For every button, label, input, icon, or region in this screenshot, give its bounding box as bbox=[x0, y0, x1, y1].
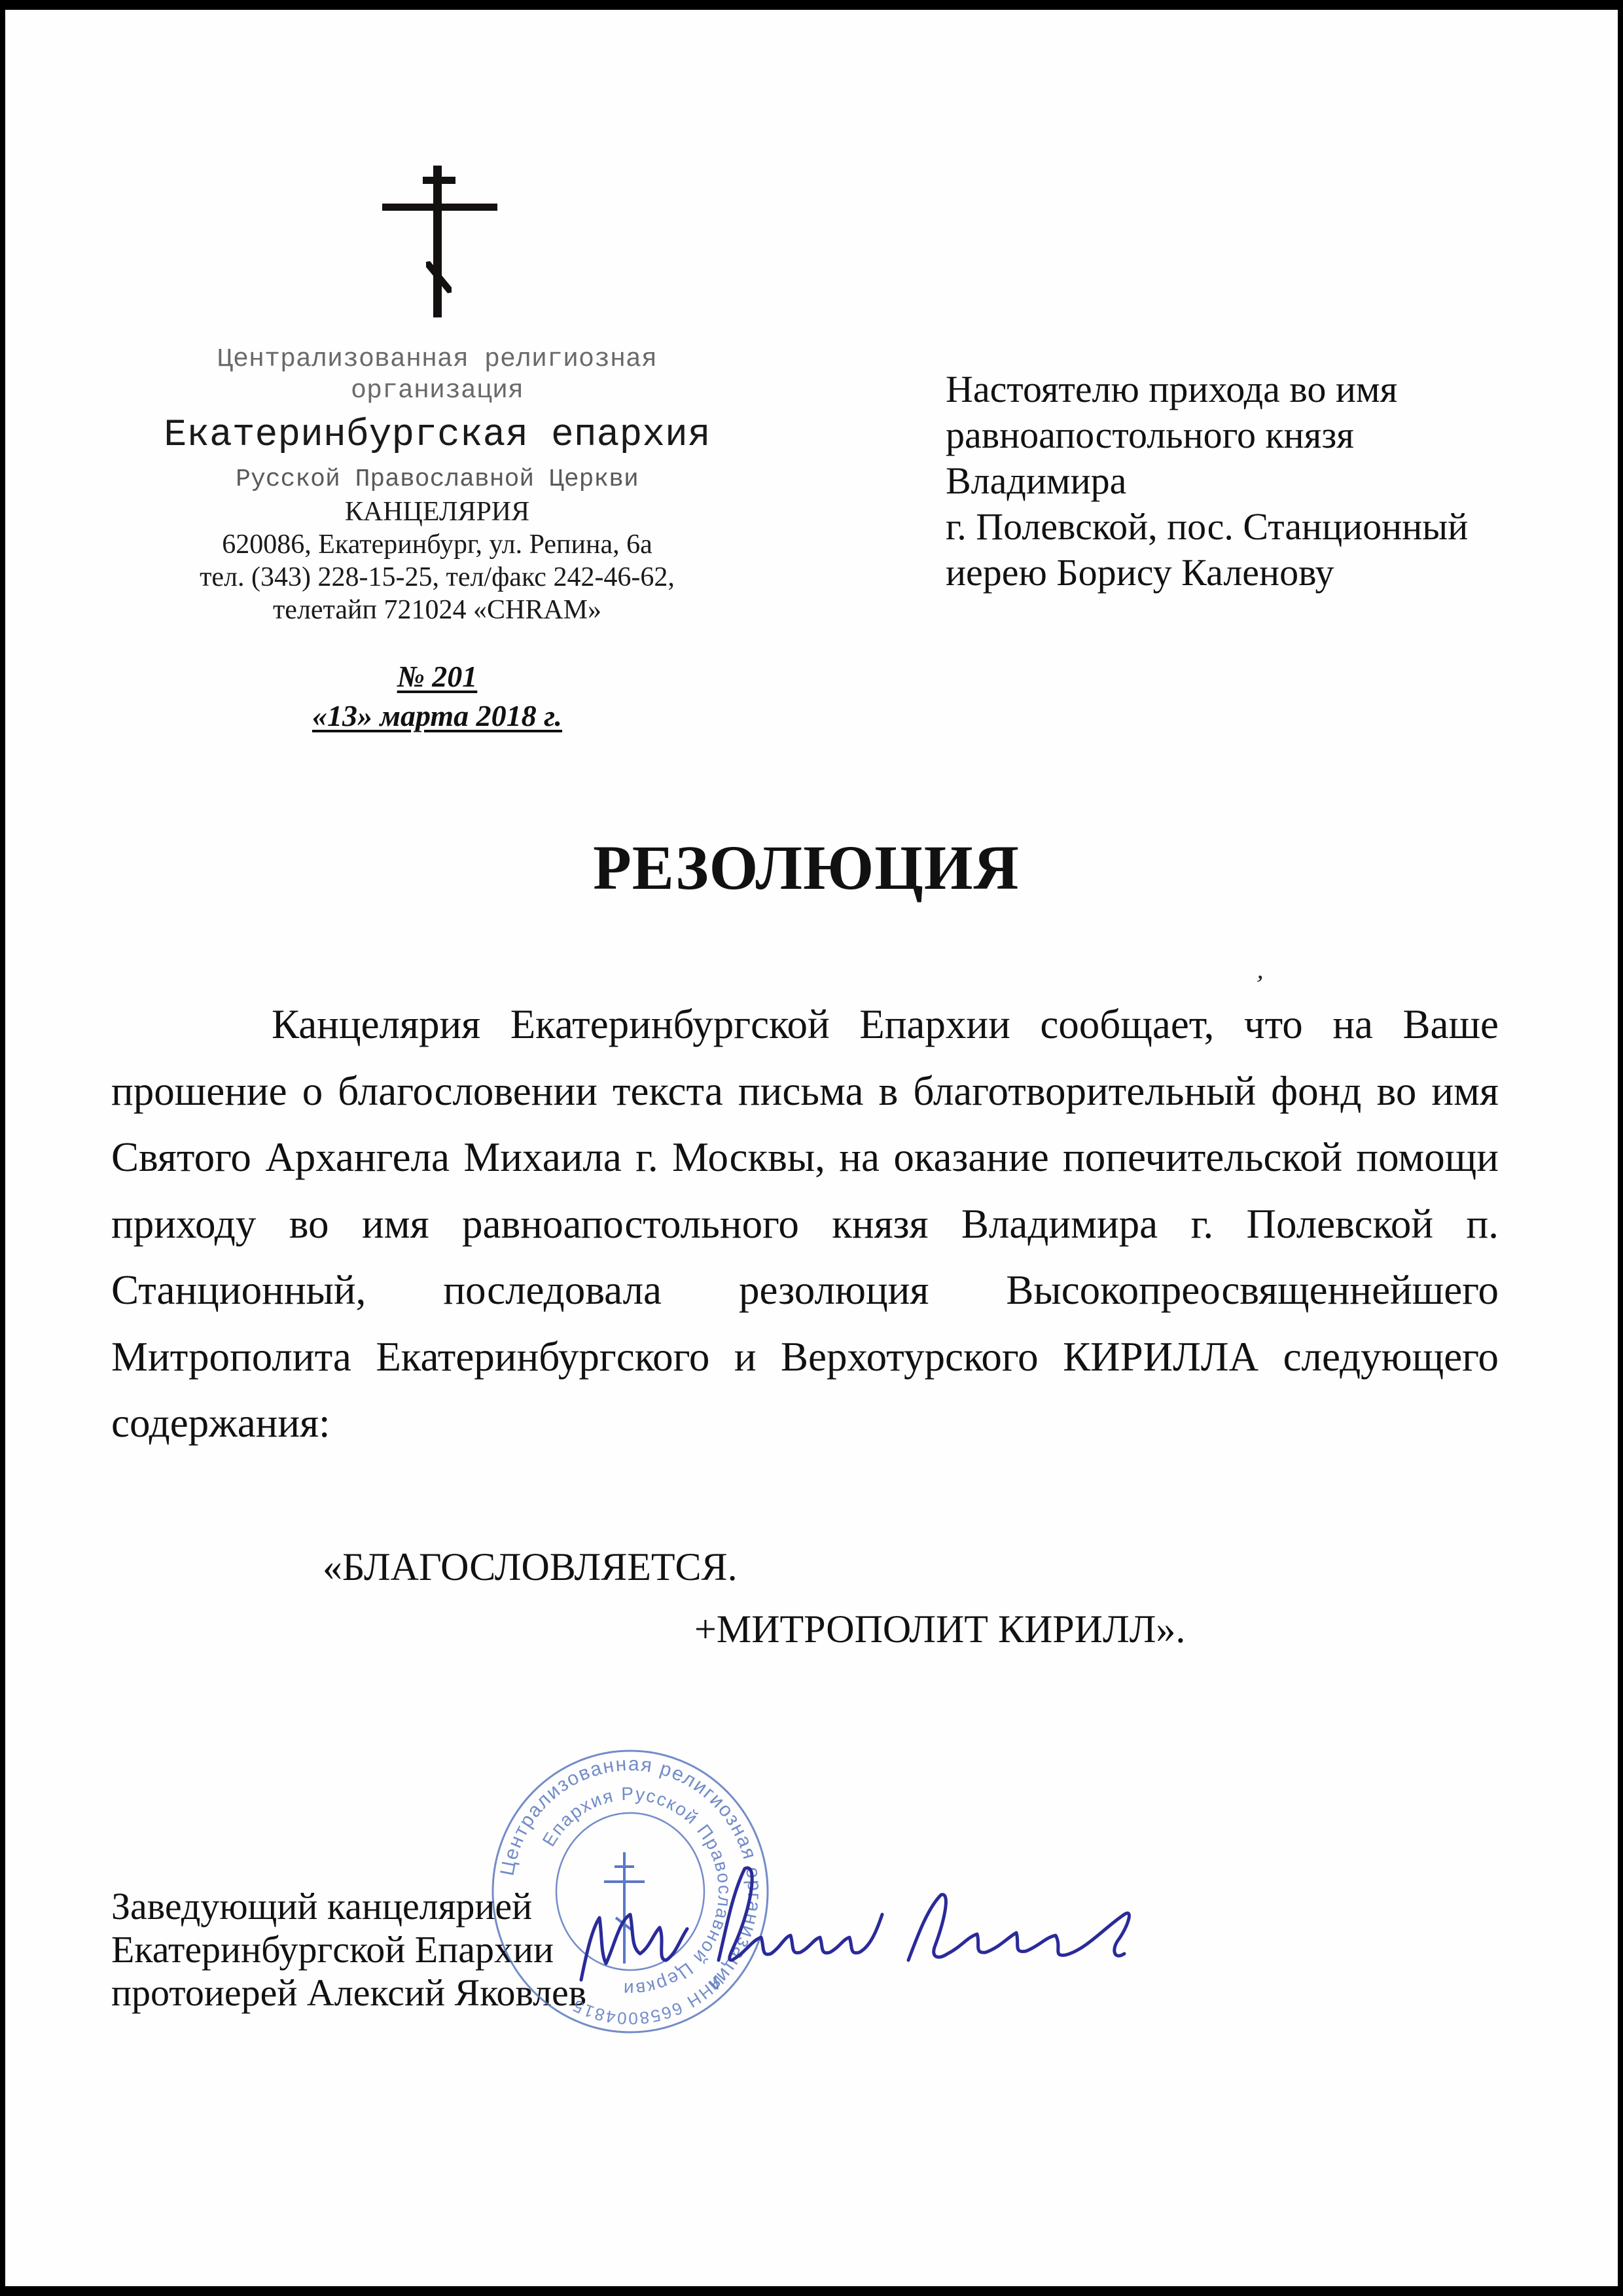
letterhead-address: 620086, Екатеринбург, ул. Репина, 6а bbox=[103, 529, 771, 560]
body-paragraph: Канцелярия Екатеринбургской Епархии сооб… bbox=[111, 992, 1499, 1457]
letterhead-office: КАНЦЕЛЯРИЯ bbox=[103, 496, 771, 528]
addressee-line: г. Полевской, пос. Станционный bbox=[946, 504, 1468, 550]
letterhead-org-line2: организация bbox=[103, 376, 771, 406]
document-number: № 201 bbox=[103, 659, 771, 694]
letterhead-teletype: телетайп 721024 «CHRAM» bbox=[103, 594, 771, 626]
orthodox-cross-icon bbox=[372, 154, 503, 324]
addressee-line: равноапостольного князя bbox=[946, 412, 1468, 458]
document-date: «13» марта 2018 г. bbox=[103, 698, 771, 733]
document-page: Централизованная религиозная организация… bbox=[5, 10, 1618, 2286]
letterhead-phones: тел. (343) 228-15-25, тел/факс 242-46-62… bbox=[103, 562, 771, 593]
document-title-text: РЕЗОЛЮЦИЯ bbox=[593, 831, 1020, 904]
addressee-line: иерею Борису Каленову bbox=[946, 550, 1468, 596]
addressee-block: Настоятелю прихода во имя равноапостольн… bbox=[946, 367, 1468, 596]
addressee-line: Настоятелю прихода во имя bbox=[946, 367, 1468, 412]
resolution-quote-line1: «БЛАГОСЛОВЛЯЕТСЯ. bbox=[323, 1545, 738, 1590]
resolution-quote-line2: +МИТРОПОЛИТ КИРИЛЛ». bbox=[694, 1607, 1185, 1652]
letterhead-church: Русской Православной Церкви bbox=[103, 465, 771, 493]
document-title: РЕЗОЛЮЦИЯ bbox=[5, 831, 1618, 904]
handwritten-signature: прот. Алексий Яковлев bbox=[542, 1856, 1249, 1986]
letterhead-diocese: Екатеринбургская епархия bbox=[103, 414, 771, 457]
addressee-line: Владимира bbox=[946, 458, 1468, 504]
letterhead-org-line1: Централизованная религиозная bbox=[103, 345, 771, 374]
